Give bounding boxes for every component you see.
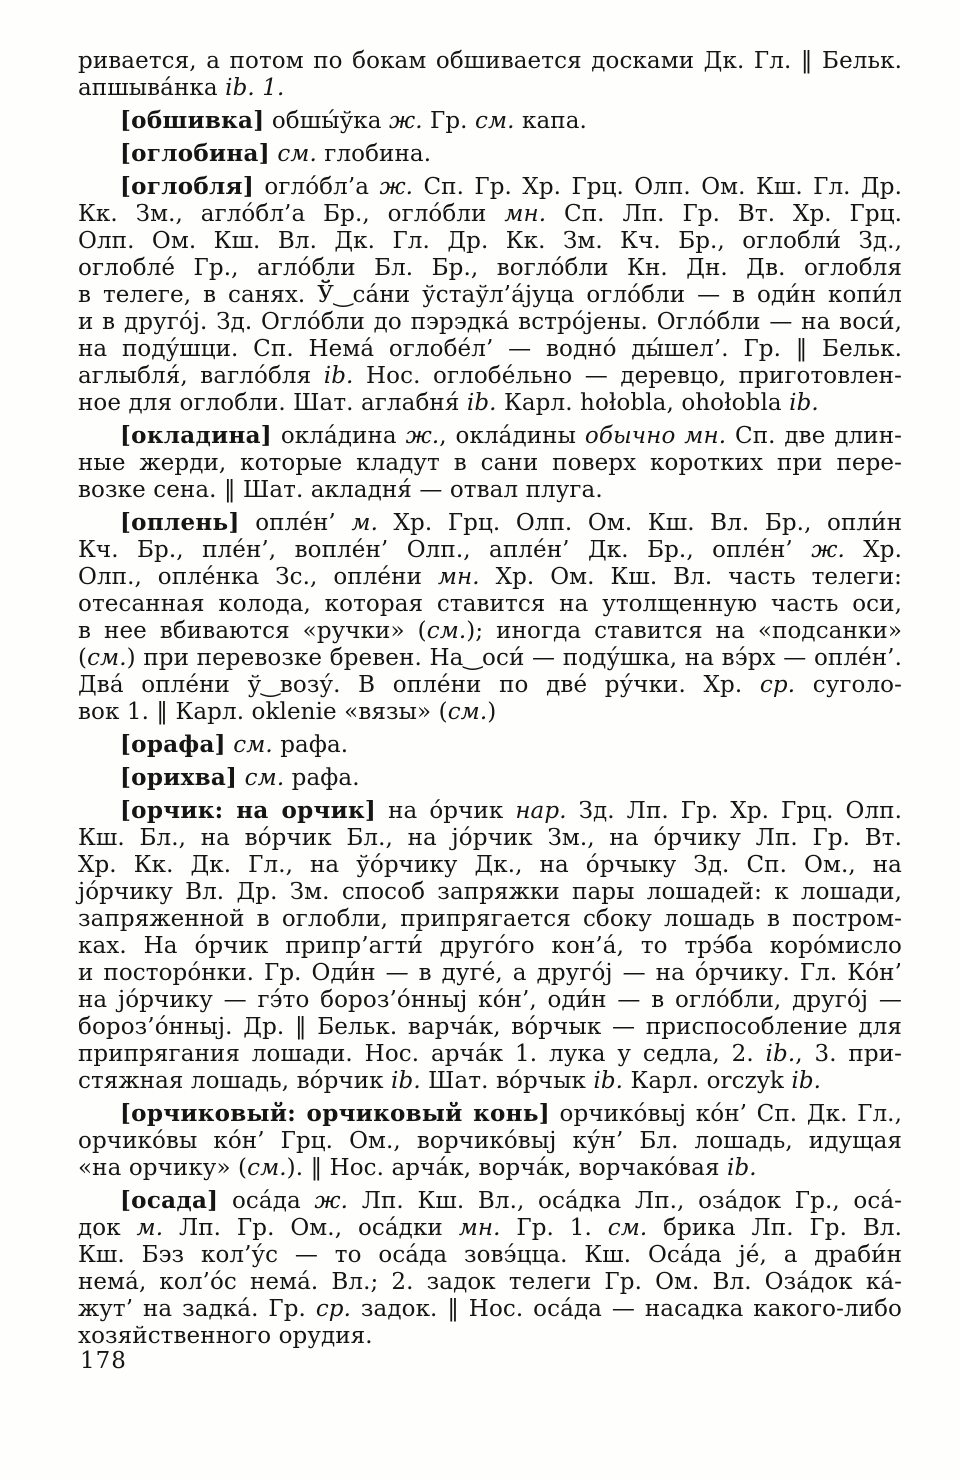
text-line: Олп., опле́нка Зс., опле́ни мн. Хр. Ом. … [78,564,902,591]
text-line: [осада] оса́да ж. Лп. Кш. Вл., оса́дка Л… [78,1187,902,1215]
text-run: Два́ опле́ни ў‿возу́. В опле́ни по две́ … [78,672,760,698]
continuation-paragraph: ривается, а потом по бокам обшивается до… [78,48,902,102]
text-run: жут’ на задка́. Гр. [78,1296,316,1322]
entry-ogloblya: [оглобля] огло́бл’а ж. Сп. Гр. Хр. Грц. … [78,173,902,417]
text-run: оглобле́ Гр., агло́бли Бл. Бр., вогло́бл… [78,255,902,281]
entry-orafa: [орафа] см. рафа. [78,731,902,759]
entry-headword: [орихва] [120,764,237,791]
italic-abbreviation: ж. [379,174,413,200]
text-run: «на орчику» ( [78,1155,247,1181]
text-run: аглыбля́, вагло́бля [78,363,324,389]
text-run: запряженной в оглобли, припрягается сбок… [78,906,902,932]
italic-abbreviation: ж. [389,108,423,134]
italic-abbreviation: см. [245,765,285,791]
text-line: аглыбля́, вагло́бля ib. Нос. оглобе́льно… [78,363,902,390]
italic-abbreviation: мн. [504,201,546,227]
text-run: ( [78,645,87,671]
text-line: [орихва] см. рафа. [78,764,902,792]
text-run: Кк. Зм., агло́бл’а Бр., огло́бли [78,201,504,227]
italic-abbreviation: ib. [324,363,354,389]
text-run: обшы́ўка [264,108,389,134]
text-run: Сп. Лп. Гр. Вт. Хр. Грц. [546,201,902,227]
text-run: стяжная лошадь, во́рчик [78,1068,391,1094]
italic-abbreviation: м. [351,510,378,536]
text-line: и в друго́j. Зд. Огло́бли до пэрэдка́ вс… [78,309,902,336]
text-line: Кч. Бр., пле́н’, вопле́н’ Олп., апле́н’ … [78,537,902,564]
text-run: Хр. Ом. Кш. Вл. часть телеги: [480,564,902,590]
text-run: Лп. Кш. Вл., оса́дка Лп., оза́док Гр., о… [348,1188,902,1214]
text-line: Два́ опле́ни ў‿возу́. В опле́ни по две́ … [78,672,902,699]
text-line: Кш. Бэз кол’у́с — то оса́да зовэ́цца. Кш… [78,1242,902,1269]
text-run: Гр. 1. [501,1215,608,1241]
text-line: в нее вбиваются «ручки» (см.); иногда ст… [78,618,902,645]
italic-abbreviation: ib. [789,390,819,416]
text-line: оглобле́ Гр., агло́бли Бл. Бр., вогло́бл… [78,255,902,282]
text-line: Кш. Бл., на во́рчик Бл., на jо́рчик Зм.,… [78,825,902,852]
italic-abbreviation: ib. [791,1068,821,1094]
italic-abbreviation: мн. [459,1215,501,1241]
italic-abbreviation: ж. [406,423,440,449]
italic-abbreviation: см. [87,645,127,671]
text-run: вок 1. ‖ Карл. oklenie «вязы» ( [78,699,448,725]
text-run: Хр. Грц. Олп. Ом. Кш. Вл. Бр., опли́н [378,510,902,536]
entry-headword: [оплень] [120,509,240,536]
page-number: 178 [80,1348,127,1374]
text-run: на jо́рчику — гэ́то бороз’о́нныj ко́н’, … [78,987,902,1013]
text-run: возке сена. ‖ Шат. акладня́ — отвал плуг… [78,477,603,503]
text-run: , 3. при- [795,1041,902,1067]
entry-orikhva: [орихва] см. рафа. [78,764,902,792]
text-run: в нее вбиваются «ручки» ( [78,618,427,644]
text-run: в телеге, в санях. Ў‿са́ни ўстаўл’а́jуца… [78,282,902,308]
entry-obshivka: [обшивка] обшы́ўка ж. Гр. см. капа. [78,107,902,135]
text-run: и посторо́нки. Гр. Оди́н — в дуге́, а др… [78,960,902,986]
text-line: апшыва́нка ib. 1. [78,75,902,102]
text-line: ках. На о́рчик припр’агти́ друго́го кон’… [78,933,902,960]
text-run: , окла́дины [439,423,585,449]
text-run: задок. ‖ Нос. оса́да — насадка какого-ли… [351,1296,902,1322]
entry-orchik: [орчик: на орчик] на о́рчик нар. Зд. Лп.… [78,797,902,1095]
italic-abbreviation: см. [448,699,488,725]
italic-abbreviation: ж. [811,537,845,563]
text-run: нема́, кол’о́с нема́. Вл.; 2. задок теле… [78,1269,902,1295]
italic-abbreviation: ib. [593,1068,623,1094]
text-run: суголо- [795,672,902,698]
text-line: хозяйственного орудия. [78,1323,902,1350]
text-line: запряженной в оглобли, припрягается сбок… [78,906,902,933]
text-line: [оглобина] см. глобина. [78,140,902,168]
text-line: jо́рчику Вл. Др. Зм. способ запряжки пар… [78,879,902,906]
text-run: Гр. [423,108,475,134]
text-line: вок 1. ‖ Карл. oklenie «вязы» (см.) [78,699,902,726]
text-run: Кш. Бэз кол’у́с — то оса́да зовэ́цца. Кш… [78,1242,902,1268]
text-run: Карл. orczyk [623,1068,791,1094]
entry-okladina: [окладина] окла́дина ж., окла́дины обычн… [78,422,902,504]
text-run: Сп. две длин- [726,423,902,449]
italic-abbreviation: см. [608,1215,648,1241]
italic-abbreviation: ib. [467,390,497,416]
entry-headword: [оглобина] [120,140,270,167]
text-line: Кк. Зм., агло́бл’а Бр., огло́бли мн. Сп.… [78,201,902,228]
italic-abbreviation: ж. [314,1188,348,1214]
entry-headword: [окладина] [120,422,272,449]
italic-abbreviation: ср. [316,1296,351,1322]
italic-abbreviation: ib. [766,1041,796,1067]
text-run: оса́да [218,1188,314,1214]
italic-abbreviation: см. [475,108,515,134]
text-run: Лп. Гр. Ом., оса́дки [163,1215,459,1241]
text-line: ные жерди, которые кладут в сани поверх … [78,450,902,477]
italic-abbreviation: ib. [727,1155,757,1181]
entry-headword: [орчиковый: орчиковый конь] [120,1100,550,1127]
text-run: ) при перевозке бревен. На‿оси́ — поду́ш… [127,645,902,671]
text-run: хозяйственного орудия. [78,1323,373,1349]
italic-abbreviation: ср. [760,672,795,698]
text-run: рафа. [273,732,348,758]
text-run: Карл. hołobla, ohołobla [497,390,790,416]
text-line: [орчик: на орчик] на о́рчик нар. Зд. Лп.… [78,797,902,825]
text-line: [окладина] окла́дина ж., окла́дины обычн… [78,422,902,450]
text-run: и в друго́j. Зд. Огло́бли до пэрэдка́ вс… [78,309,902,335]
text-line: док м. Лп. Гр. Ом., оса́дки мн. Гр. 1. с… [78,1215,902,1242]
italic-abbreviation: м. [137,1215,164,1241]
text-run: ках. На о́рчик припр’агти́ друго́го кон’… [78,933,902,959]
text-run: на о́рчик [376,798,515,824]
italic-abbreviation: ib. [391,1068,421,1094]
text-run: опле́н’ [240,510,352,536]
text-run: Кч. Бр., пле́н’, вопле́н’ Олп., апле́н’ … [78,537,811,563]
text-run: бороз’о́нныj. Др. ‖ Бельк. варча́к, во́р… [78,1014,902,1040]
entry-osada: [осада] оса́да ж. Лп. Кш. Вл., оса́дка Л… [78,1187,902,1350]
text-line: бороз’о́нныj. Др. ‖ Бельк. варча́к, во́р… [78,1014,902,1041]
text-line: [орафа] см. рафа. [78,731,902,759]
text-line: припрягания лошади. Нос. арча́к 1. лука … [78,1041,902,1068]
entry-orchikovy: [орчиковый: орчиковый конь] орчико́выj к… [78,1100,902,1182]
text-line: в телеге, в санях. Ў‿са́ни ўстаўл’а́jуца… [78,282,902,309]
text-run: рафа. [284,765,359,791]
text-line: (см.) при перевозке бревен. На‿оси́ — по… [78,645,902,672]
text-run: Хр. [845,537,902,563]
text-run: ) [487,699,496,725]
text-line: жут’ на задка́. Гр. ср. задок. ‖ Нос. ос… [78,1296,902,1323]
text-run: Нос. оглобе́льно — деревцо, приготовлен- [353,363,902,389]
entry-headword: [оглобля] [120,173,254,200]
text-line: на jо́рчику — гэ́то бороз’о́нныj ко́н’, … [78,987,902,1014]
italic-abbreviation: ib. 1. [225,75,284,101]
text-line: [обшивка] обшы́ўка ж. Гр. см. капа. [78,107,902,135]
text-run: отесанная колода, которая ставится на ут… [78,591,902,617]
text-run: Сп. Гр. Хр. Грц. Олп. Ом. Кш. Гл. Др. [413,174,902,200]
text-run: ные жерди, которые кладут в сани поверх … [78,450,902,476]
text-line: ривается, а потом по бокам обшивается до… [78,48,902,75]
text-run: орчико́вы ко́н’ Грц. Ом., ворчико́выj ку… [78,1128,902,1154]
text-run: орчико́выj ко́н’ Сп. Дк. Гл., [550,1101,902,1127]
italic-abbreviation: нар. [515,798,566,824]
text-run: капа. [515,108,587,134]
text-run: окла́дина [272,423,406,449]
text-run [237,765,244,791]
text-run: огло́бл’а [254,174,379,200]
text-line: Хр. Кк. Дк. Гл., на ўо́рчику Дк., на о́р… [78,852,902,879]
text-line: [оплень] опле́н’ м. Хр. Грц. Олп. Ом. Кш… [78,509,902,537]
text-run: ное для оглобли. Шат. аглабня́ [78,390,467,416]
entry-oglobina: [оглобина] см. глобина. [78,140,902,168]
text-run: Кш. Бл., на во́рчик Бл., на jо́рчик Зм.,… [78,825,902,851]
text-run: Зд. Лп. Гр. Хр. Грц. Олп. [567,798,902,824]
italic-abbreviation: см. [247,1155,287,1181]
italic-abbreviation: см. [233,732,273,758]
entry-oplen: [оплень] опле́н’ м. Хр. Грц. Олп. Ом. Кш… [78,509,902,726]
italic-abbreviation: мн. [438,564,480,590]
text-line: орчико́вы ко́н’ Грц. Ом., ворчико́выj ку… [78,1128,902,1155]
text-line: ное для оглобли. Шат. аглабня́ ib. Карл.… [78,390,902,417]
text-line: возке сена. ‖ Шат. акладня́ — отвал плуг… [78,477,902,504]
text-line: стяжная лошадь, во́рчик ib. Шат. во́рчык… [78,1068,902,1095]
text-run: глобина. [317,141,431,167]
dictionary-text: ривается, а потом по бокам обшивается до… [78,48,902,1350]
text-line: отесанная колода, которая ставится на ут… [78,591,902,618]
entry-headword: [осада] [120,1187,218,1214]
text-run: док [78,1215,137,1241]
text-run: Хр. Кк. Дк. Гл., на ўо́рчику Дк., на о́р… [78,852,902,878]
entry-headword: [орафа] [120,731,226,758]
text-run: jо́рчику Вл. Др. Зм. способ запряжки пар… [78,879,902,905]
text-run: Шат. во́рчык [421,1068,594,1094]
text-run: апшыва́нка [78,75,225,101]
text-line: «на орчику» (см.). ‖ Нос. арча́к, ворча́… [78,1155,902,1182]
italic-abbreviation: обычно мн. [585,423,726,449]
text-line: Олп. Ом. Кш. Вл. Дк. Гл. Др. Кк. Зм. Кч.… [78,228,902,255]
italic-abbreviation: см. [277,141,317,167]
text-line: [орчиковый: орчиковый конь] орчико́выj к… [78,1100,902,1128]
text-run: ривается, а потом по бокам обшивается до… [78,48,902,74]
text-run: Олп. Ом. Кш. Вл. Дк. Гл. Др. Кк. Зм. Кч.… [78,228,902,254]
italic-abbreviation: см. [427,618,467,644]
text-line: и посторо́нки. Гр. Оди́н — в дуге́, а др… [78,960,902,987]
text-run: Олп., опле́нка Зс., опле́ни [78,564,438,590]
text-line: на поду́шци. Сп. Нема́ оглобе́л’ — водно… [78,336,902,363]
text-line: нема́, кол’о́с нема́. Вл.; 2. задок теле… [78,1269,902,1296]
text-run: ). ‖ Нос. арча́к, ворча́к, ворчако́вая [287,1155,727,1181]
text-run: ); иногда ставится на «подсанки» [466,618,902,644]
scanned-book-page: ривается, а потом по бокам обшивается до… [0,0,960,1481]
text-line: [оглобля] огло́бл’а ж. Сп. Гр. Хр. Грц. … [78,173,902,201]
entry-headword: [обшивка] [120,107,264,134]
entry-headword: [орчик: на орчик] [120,797,376,824]
text-run: на поду́шци. Сп. Нема́ оглобе́л’ — водно… [78,336,902,362]
text-run: припрягания лошади. Нос. арча́к 1. лука … [78,1041,766,1067]
text-run: брика Лп. Гр. Вл. [647,1215,902,1241]
